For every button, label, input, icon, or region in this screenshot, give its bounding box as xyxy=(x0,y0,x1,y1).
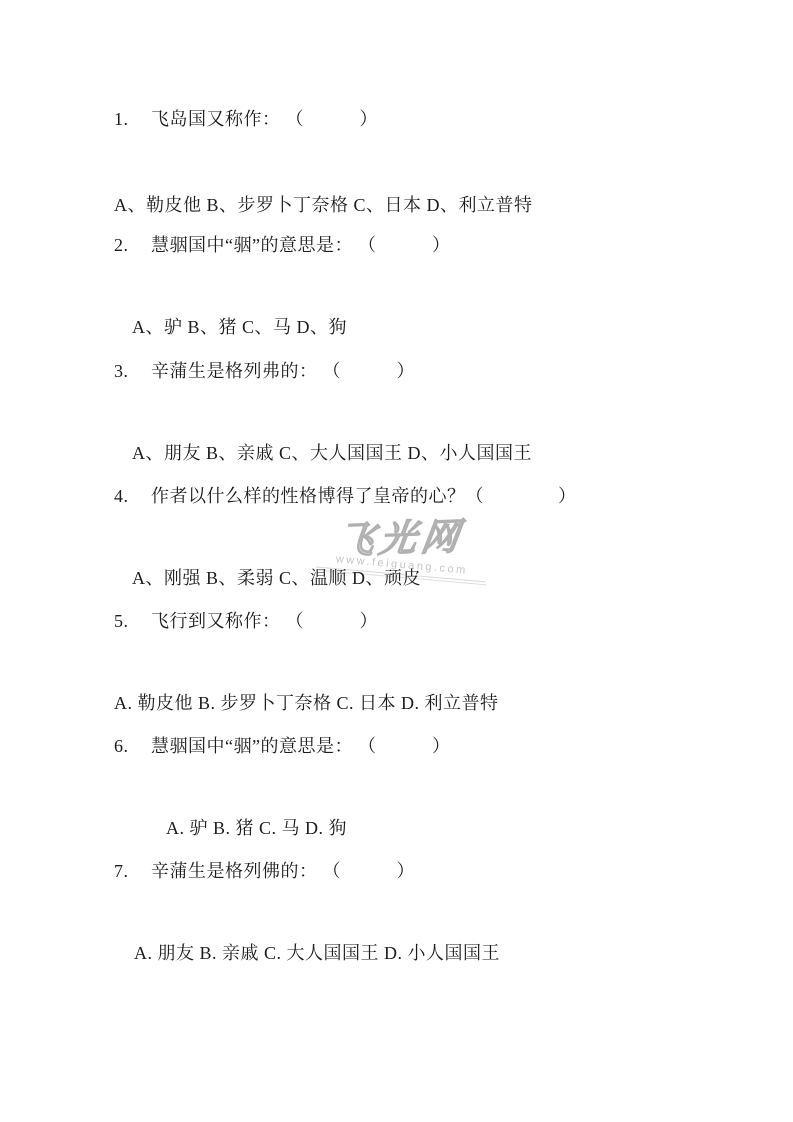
question-number: 3. xyxy=(114,358,136,384)
question-number: 2. xyxy=(114,232,136,258)
question-line-7: 7.辛蒲生是格列佛的： （ ） xyxy=(114,858,415,884)
question-text: 飞行到又称作： （ ） xyxy=(151,611,378,631)
options-line-6: A. 驴 B. 猪 C. 马 D. 狗 xyxy=(166,815,347,841)
question-line-1: 1.飞岛国又称作： （ ） xyxy=(114,106,378,132)
question-text: 辛蒲生是格列弗的： （ ） xyxy=(151,361,415,381)
options-line-4: A、刚强 B、柔弱 C、温顺 D、顽皮 xyxy=(132,565,421,591)
options-line-5: A. 勒皮他 B. 步罗卜丁奈格 C. 日本 D. 利立普特 xyxy=(114,690,499,716)
question-text: 飞岛国又称作： （ ） xyxy=(151,109,378,129)
question-text: 慧骃国中“骃”的意思是： （ ） xyxy=(151,235,450,255)
question-text: 慧骃国中“骃”的意思是： （ ） xyxy=(151,736,450,756)
options-line-2: A、驴 B、猪 C、马 D、狗 xyxy=(132,314,347,340)
question-line-2: 2.慧骃国中“骃”的意思是： （ ） xyxy=(114,232,450,258)
question-number: 1. xyxy=(114,106,136,132)
options-line-1: A、勒皮他 B、步罗卜丁奈格 C、日本 D、利立普特 xyxy=(114,192,533,218)
question-text: 作者以什么样的性格博得了皇帝的心？（ ） xyxy=(151,486,577,506)
question-line-4: 4.作者以什么样的性格博得了皇帝的心？（ ） xyxy=(114,483,577,509)
question-number: 5. xyxy=(114,608,136,634)
question-text: 辛蒲生是格列佛的： （ ） xyxy=(151,861,415,881)
options-line-3: A、朋友 B、亲戚 C、大人国国王 D、小人国国王 xyxy=(132,440,532,466)
document-page: 1.飞岛国又称作： （ ） A、勒皮他 B、步罗卜丁奈格 C、日本 D、利立普特… xyxy=(0,0,793,1122)
watermark-logo: 飞光网 xyxy=(313,517,488,560)
question-number: 4. xyxy=(114,483,136,509)
question-line-6: 6.慧骃国中“骃”的意思是： （ ） xyxy=(114,733,450,759)
question-line-3: 3.辛蒲生是格列弗的： （ ） xyxy=(114,358,415,384)
question-line-5: 5.飞行到又称作： （ ） xyxy=(114,608,378,634)
options-line-7: A. 朋友 B. 亲戚 C. 大人国国王 D. 小人国国王 xyxy=(134,940,500,966)
question-number: 7. xyxy=(114,858,136,884)
question-number: 6. xyxy=(114,733,136,759)
